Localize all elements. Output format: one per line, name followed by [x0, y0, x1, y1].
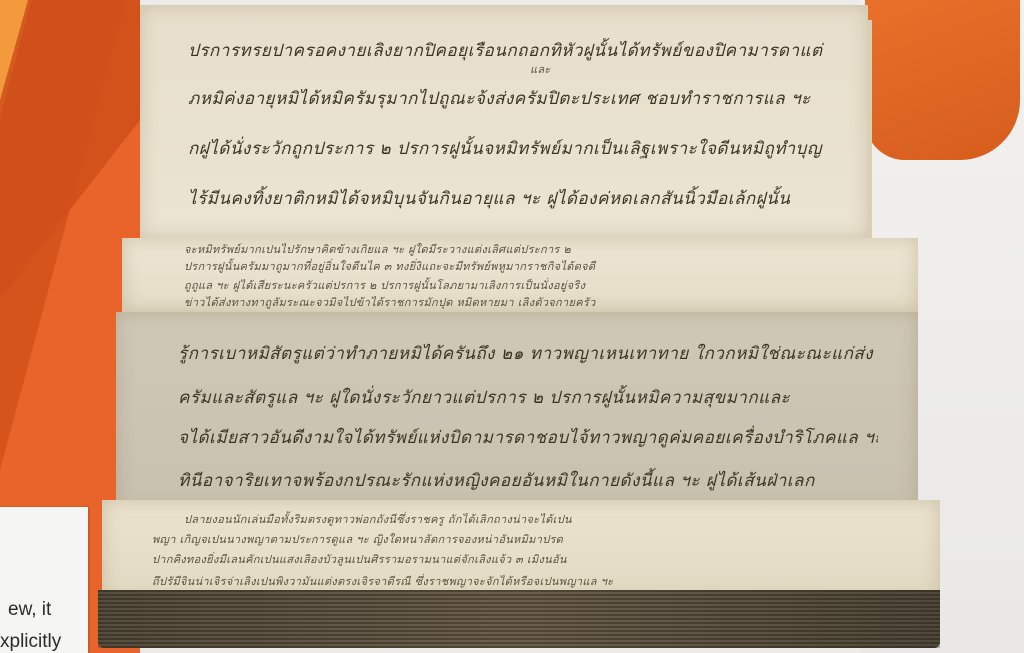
manuscript-line: ไร้มีนคงทิ้งยาติกหมิได้จหมิบุนจันกินอายุ… — [188, 185, 868, 212]
manuscript-line: กฝูได้นั่งระวักถูกประการ ๒ ปรการฝูนั้นจห… — [188, 135, 868, 162]
manuscript-line: ครัมและสัตรูแล ฯะ ฝูใดนั่งระวักยาวแต่ปรก… — [178, 384, 878, 411]
orange-cloth-top-right — [865, 0, 1020, 160]
manuscript-line: ปลายงอนนักเล่นมือทั้งริมตรงดูทาวพ่อกถังน… — [184, 510, 924, 528]
manuscript-annotation: และ — [530, 60, 551, 78]
manuscript-third-panel: รู้การเบาหมิสัตรูแต่ว่าทำภายหมิได้ครันถึ… — [116, 312, 918, 510]
manuscript-line: ภหมิค่งอายุหมิได้หมิครัมรุมากไปถูณะจ้งส่… — [188, 85, 868, 112]
manuscript-line: ข่าวได้ส่งทางทาถูลัมระณะจวมิจไปข้าได้ราช… — [184, 293, 904, 311]
manuscript-line: จะหมิทรัพย์มากเปนไปรักษาคิตข้างเกิยแล ฯะ… — [184, 240, 904, 258]
manuscript-top-panel: ปรการทรยปาครอคงายเลิงยากปิคอยุเรือนกถอกท… — [140, 5, 868, 238]
placard-text-line: ew, it — [8, 599, 51, 621]
info-placard: ew, it xplicitly — [0, 507, 88, 653]
placard-text-line: xplicitly — [0, 631, 61, 653]
manuscript-bottom-panel: ปลายงอนนักเล่นมือทั้งริมตรงดูทาวพ่อกถังน… — [102, 500, 940, 600]
manuscript-line: ทินีอาจาริยเทาจพร้องกปรณะรักแห่งหญิงคอยอ… — [178, 467, 878, 494]
manuscript-line: ปากคิงทองยิ่งมีเลนคักเปนแสงเลิองบัวลูนเป… — [152, 550, 922, 568]
manuscript-line: พญา เกิญจเปนนางพญาตามประการดูแล ฯะ ญิงใด… — [152, 530, 922, 548]
manuscript-line: ปรการฝูนั้นครัมมาถูมากที่อยู่อิ่นใจดีนไค… — [184, 257, 904, 275]
manuscript-line: ถึปรัมีจินน่าเจิรจ่าเลิงเปนพิงวามันแต่งต… — [152, 572, 932, 590]
manuscript-second-panel: จะหมิทรัพย์มากเปนไปรักษาคิตข้างเกิยแล ฯะ… — [122, 238, 918, 312]
manuscript-line: จได้เมียสาวอันดีงามใจได้ทรัพย์แห่งบิดามา… — [178, 424, 878, 451]
manuscript-line: ปรการทรยปาครอคงายเลิงยากปิคอยุเรือนกถอกท… — [188, 37, 868, 64]
manuscript-line: ถูถูแล ฯะ ฝูได้เสียระนะครัวแต่ปรการ ๒ ปร… — [184, 276, 904, 294]
manuscript-line: รู้การเบาหมิสัตรูแต่ว่าทำภายหมิได้ครันถึ… — [178, 340, 878, 367]
page-stack-shadow — [98, 590, 940, 648]
